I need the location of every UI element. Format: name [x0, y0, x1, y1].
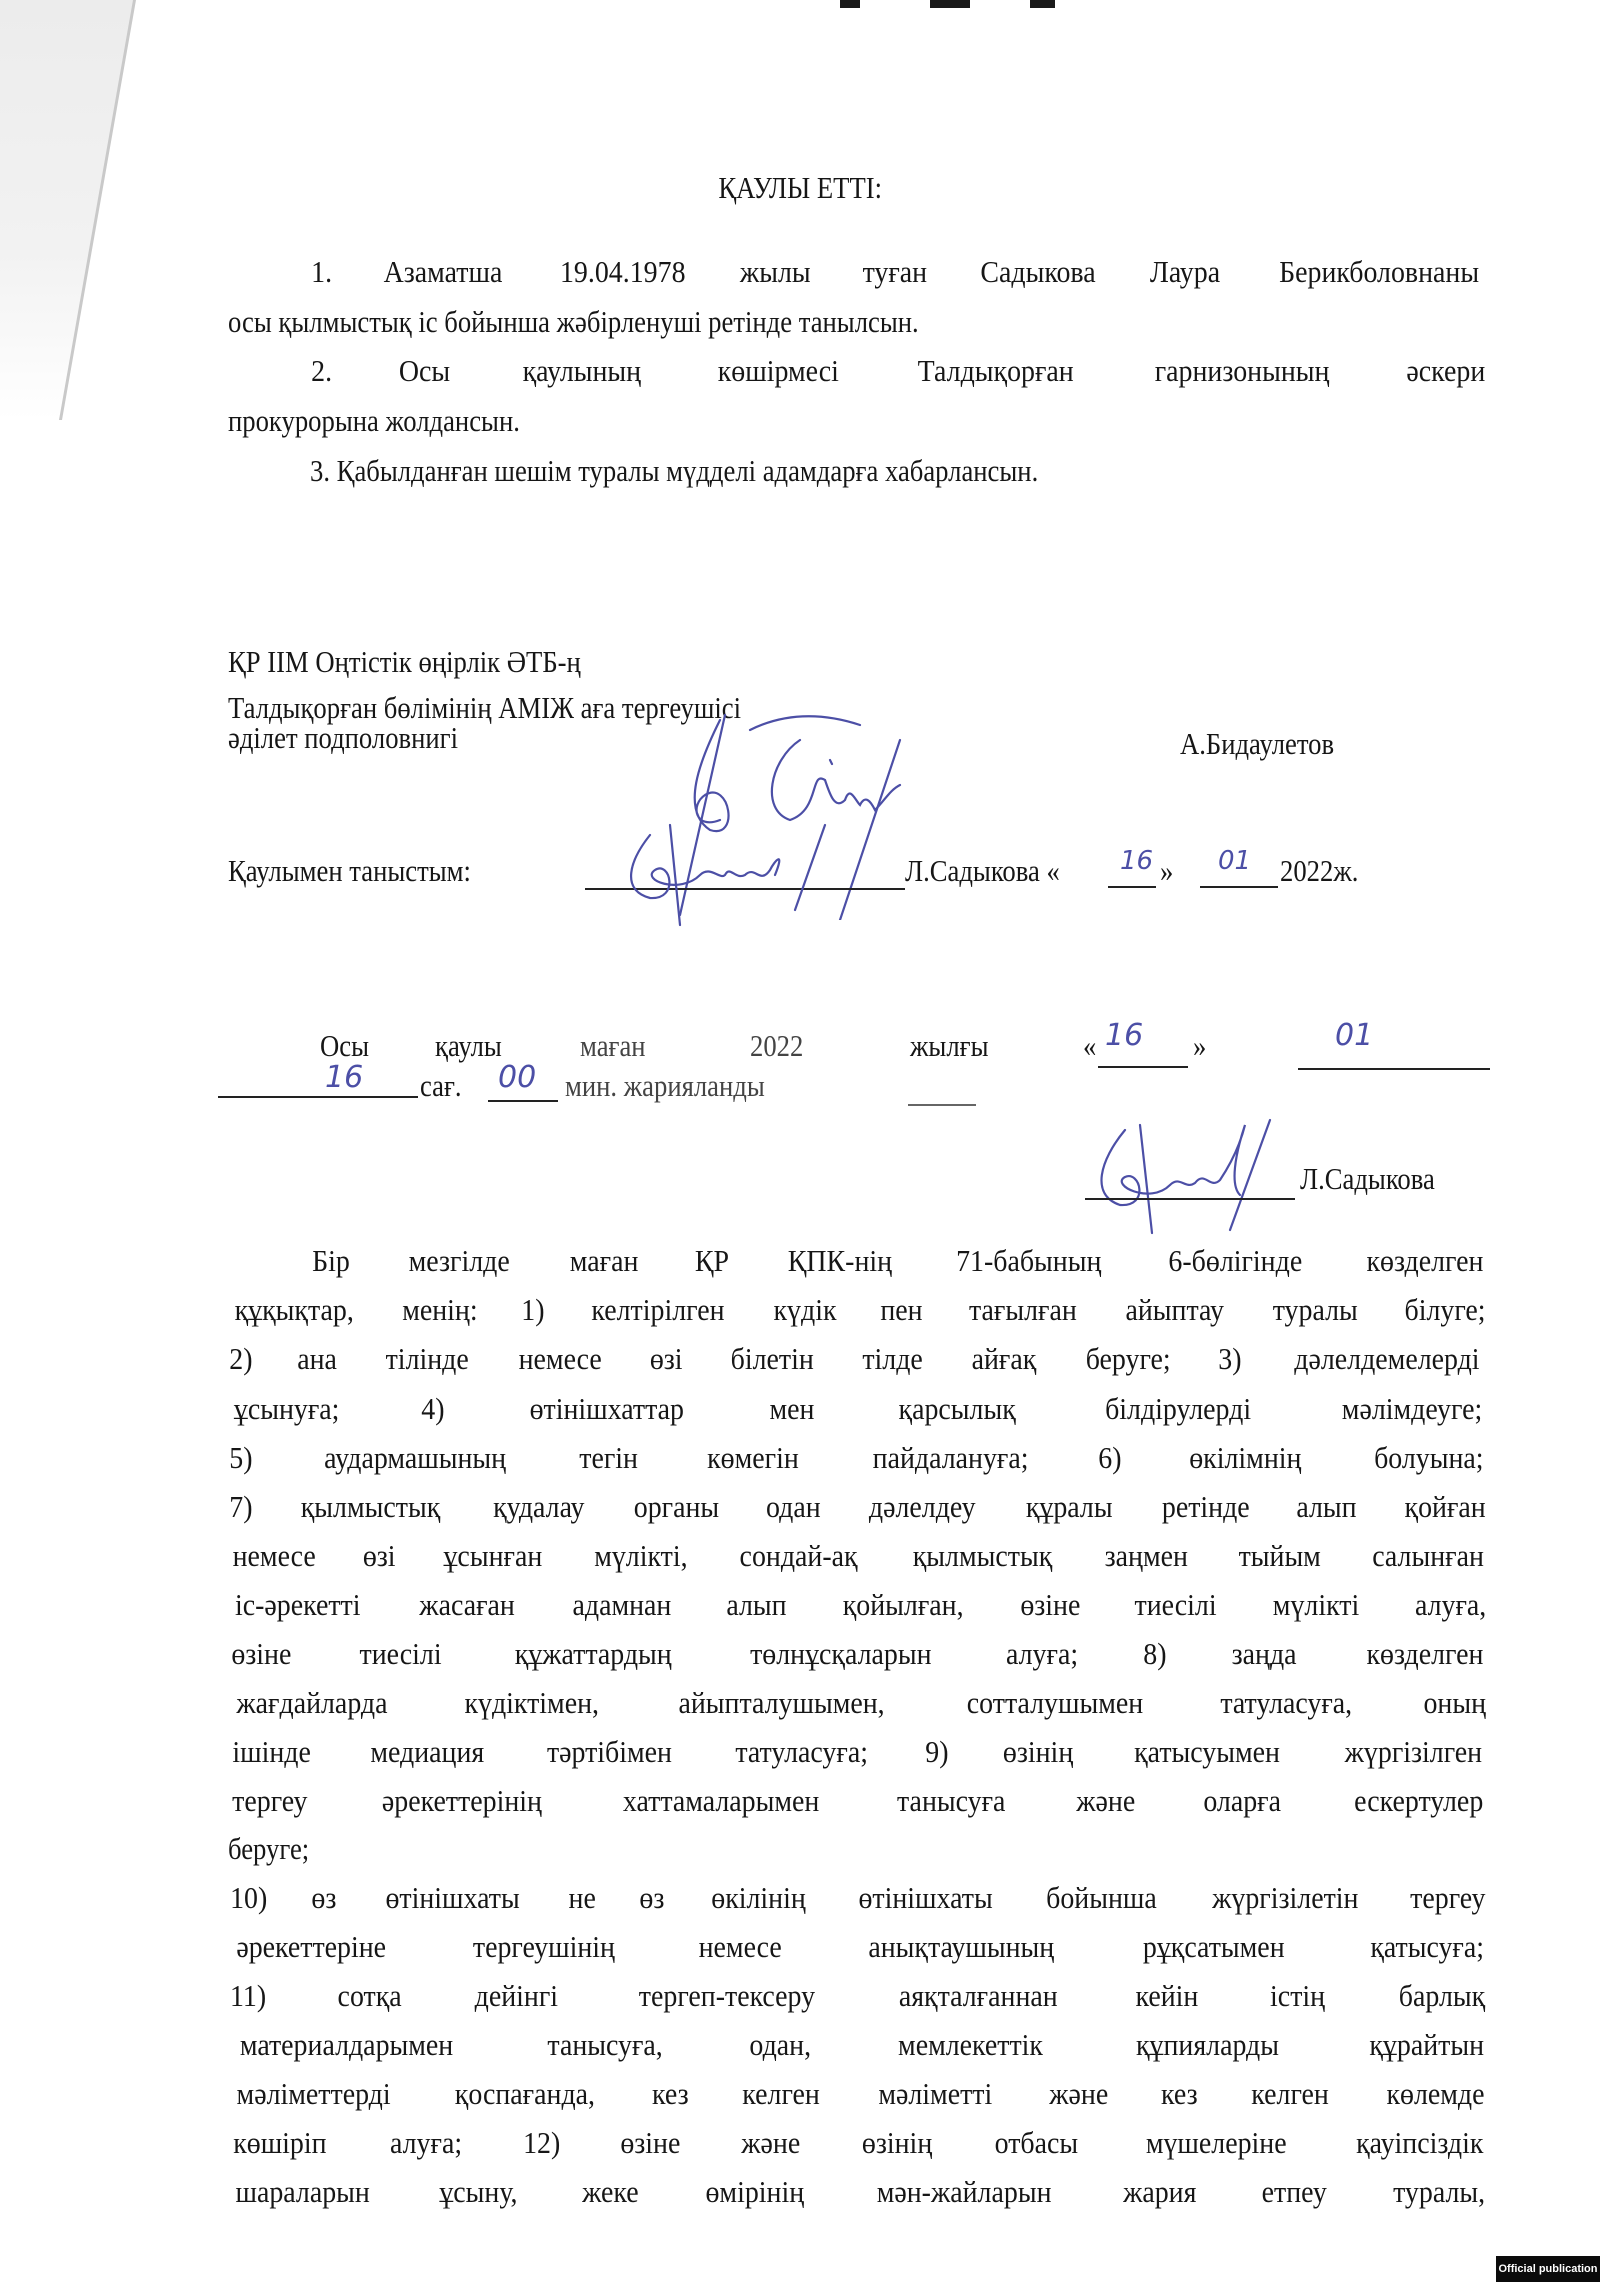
announce-signed-name: Л.Садыкова [1300, 1163, 1435, 1194]
announce-quote-open: « [1083, 1030, 1096, 1061]
announce-word-5: жылғы [910, 1030, 988, 1061]
announce-word-1: Осы [320, 1030, 369, 1061]
ack-day-handwritten: 16 [1120, 846, 1153, 876]
acknowledgement-name: Л.Садыкова « [905, 855, 1060, 886]
announce-hour-underline [218, 1096, 418, 1098]
resolution-2-line-1: 2.ОсықаулыныңкөшірмесіТалдықорғангарнизо… [310, 355, 1490, 386]
announce-word-4: 2022 [750, 1030, 803, 1061]
official-publication-badge: Official publication [1496, 2256, 1600, 2282]
rights-line-11: ішіндемедиациятәртібіментатуласуға;9)өзі… [228, 1736, 1490, 1767]
signatory-position-line-3: әділет подполовнигі [228, 722, 458, 753]
cut-text-fragment [930, 0, 970, 8]
resolution-3: 3. Қабылданған шешім туралы мүдделі адам… [310, 455, 1038, 486]
rights-line-6: 7)қылмыстыққудалауорганыодандәлелдеуқұра… [228, 1491, 1490, 1522]
rights-line-3: 2)анатілінденемесеөзібілетінтілдеайғақбе… [228, 1343, 1490, 1374]
rights-line-16: 11)сотқадейінгітергеп-тексеруаяқталғанна… [228, 1980, 1490, 2011]
announce-hour-handwritten: 16 [325, 1060, 363, 1095]
announce-month-underline [1298, 1068, 1490, 1070]
announce-month-handwritten: 01 [1335, 1018, 1373, 1053]
rights-line-1: БірмезгілдемағанҚРҚПК-нің71-бабының6-бөл… [310, 1245, 1490, 1276]
ack-month-handwritten: 01 [1218, 846, 1251, 876]
resolution-1-line-1: 1.Азаматша19.04.1978жылытуғанСадыковаЛау… [310, 256, 1490, 287]
rights-line-10: жағдайлардакүдіктімен,айыпталушымен,сотт… [228, 1687, 1490, 1718]
announce-minute-handwritten: 00 [498, 1060, 536, 1095]
resolution-1-line-2: осы қылмыстық іс бойынша жәбірленуші рет… [228, 306, 919, 337]
signatory-name: А.Бидаулетов [1180, 728, 1334, 759]
rights-line-19: көшіріпалуға;12)өзінежәнеөзініңотбасымүш… [228, 2127, 1490, 2158]
rights-line-8: іс-әрекеттіжасағанадамнаналыпқойылған,өз… [228, 1589, 1490, 1620]
announce-minute-label: мин. жарияланды [565, 1070, 765, 1101]
rights-line-2: құқықтар,менің:1)келтірілгенкүдікпентағы… [228, 1294, 1490, 1325]
rights-line-17: материалдарыментанысуға,одан,мемлекеттік… [228, 2029, 1490, 2060]
announce-minute-underline [488, 1100, 558, 1102]
rights-line-9: өзінетиесіліқұжаттардыңтөлнұсқаларыналуғ… [228, 1638, 1490, 1669]
ack-month-underline [1200, 886, 1278, 888]
rights-line-4: ұсынуға;4)өтінішхаттарменқарсылықбілдіру… [228, 1393, 1490, 1424]
ack-quote-close: » [1160, 855, 1173, 886]
rights-line-13: беруге; [228, 1833, 309, 1864]
rights-line-18: мәліметтердіқоспағанда,кезкелгенмәліметт… [228, 2078, 1490, 2109]
paper-edge-shadow [0, 0, 140, 420]
rights-line-14: 10)өзөтінішхатынеөзөкілініңөтінішхатыбой… [228, 1882, 1490, 1913]
cut-text-fragment [1030, 0, 1055, 8]
rights-line-5: 5)аудармашыныңтегінкөмегінпайдалануға;6)… [228, 1442, 1490, 1473]
ack-day-underline [1108, 886, 1156, 888]
rights-line-12: тергеуәрекеттерініңхаттамаларыментанысуғ… [228, 1785, 1490, 1816]
decree-heading: ҚАУЛЫ ЕТТІ: [0, 170, 1600, 206]
announce-day-handwritten: 16 [1105, 1018, 1143, 1053]
rights-line-15: әрекеттерінетергеушініңнемесеанықтаушыны… [228, 1931, 1490, 1962]
announce-quote-close: » [1193, 1030, 1206, 1061]
signatory-position-line-1: ҚР ІІМ Оңтістік өңірлік ӘТБ-ң [228, 646, 581, 677]
ack-year: 2022ж. [1280, 855, 1358, 886]
cut-text-fragment [840, 0, 860, 8]
announce-hour-label: сағ. [420, 1070, 462, 1101]
resolution-2-line-2: прокурорына жолдансын. [228, 405, 520, 436]
announce-signature-underline [1085, 1198, 1295, 1200]
victim-signature-acknowledgement [610, 820, 870, 930]
acknowledgement-label: Қаулымен таныстым: [228, 855, 471, 886]
announce-word-2: қаулы [435, 1030, 502, 1061]
announce-day-underline [1098, 1066, 1188, 1068]
rights-line-20: шараларынұсыну,жекеөмірініңмән-жайларынж… [228, 2176, 1490, 2207]
victim-signature-announcement [1070, 1115, 1300, 1235]
announce-trailing-underline [908, 1104, 976, 1106]
rights-line-7: немесеөзіұсынғанмүлікті,сондай-аққылмыст… [228, 1540, 1490, 1571]
announce-word-3: маған [580, 1030, 646, 1061]
